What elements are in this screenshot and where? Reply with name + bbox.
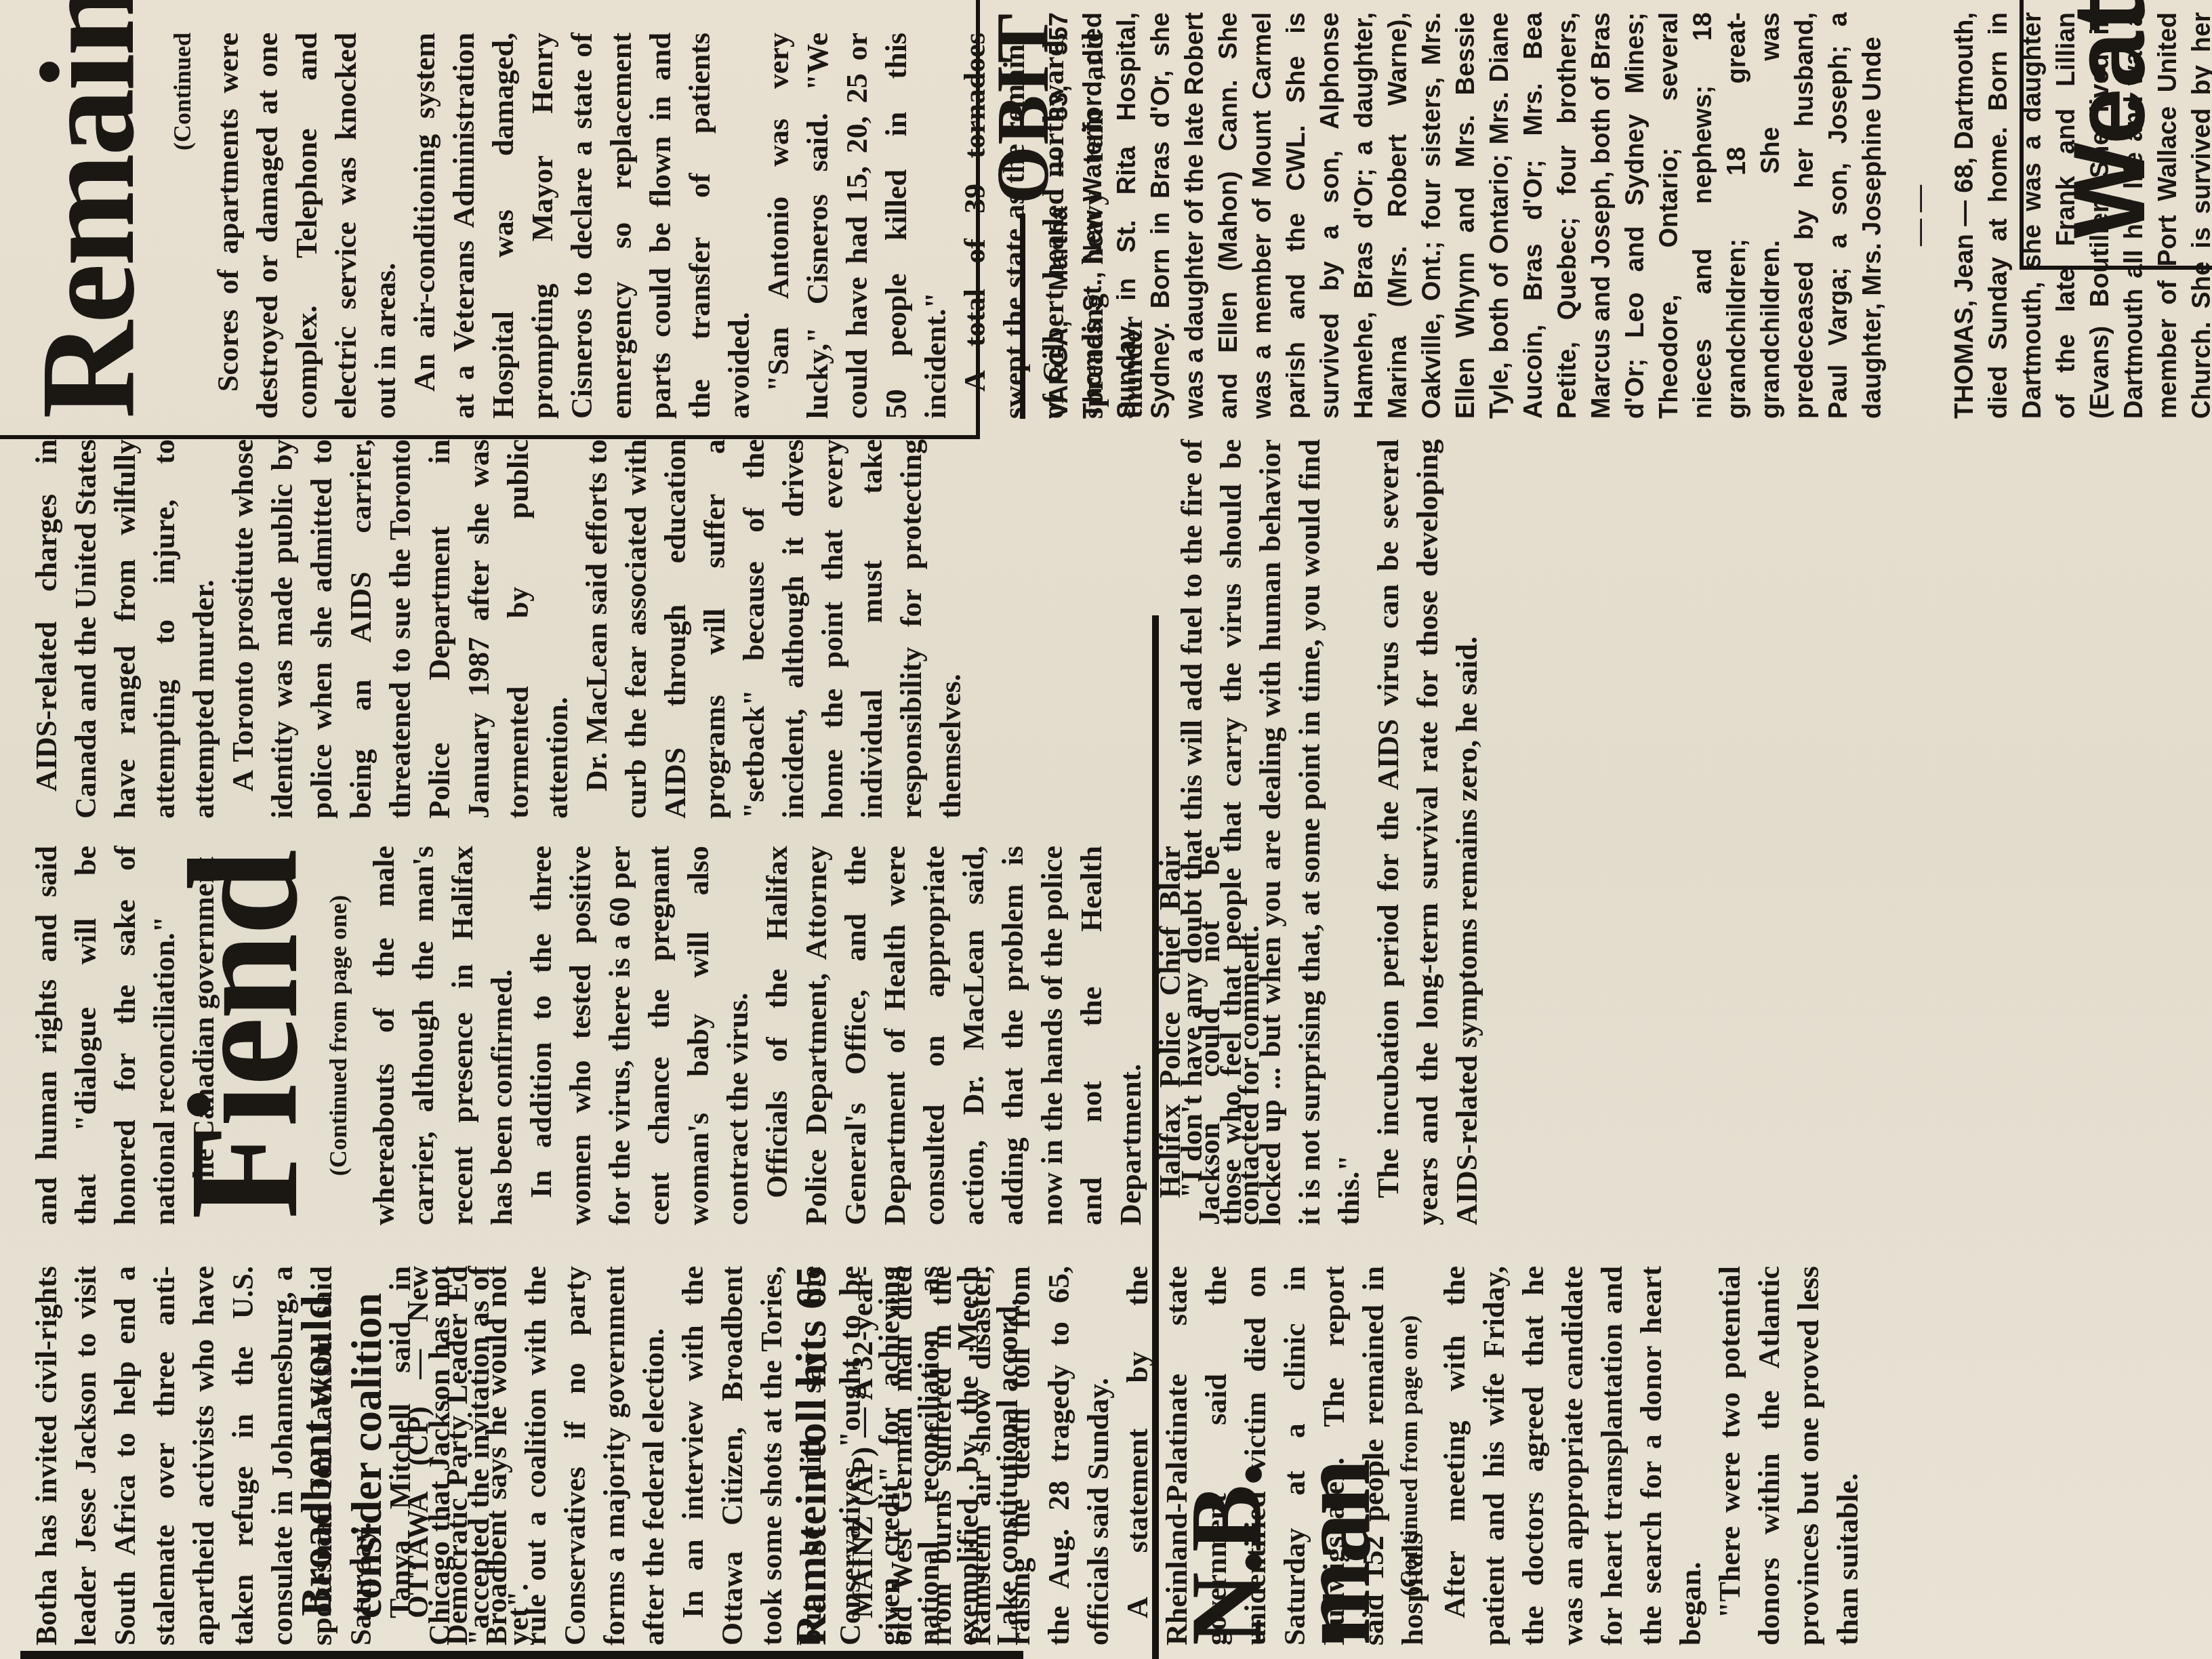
fiend-paragraph: "I don't have any doubt that this will a…: [1172, 439, 1369, 1225]
obituary-separator: — —: [1899, 12, 1938, 419]
weather-title: Weather: [2024, 0, 2168, 266]
fiend-headline: Fiend: [169, 846, 319, 1225]
obituary-name: THOMAS, Jean: [1950, 234, 1979, 419]
fiend-paragraph: AIDS-related charges in Canada and the U…: [27, 439, 224, 819]
remains-continued: (Continued: [163, 33, 202, 419]
fiend-article-col2: AIDS-related charges in Canada and the U…: [27, 439, 970, 819]
broadbent-paragraph: OTTAWA (CP) — New Democratic Party Leade…: [398, 1266, 674, 1645]
remains-headline: Remains: [14, 33, 163, 419]
fiend-article: Fiend (Continued from page one) whereabo…: [169, 846, 1269, 1225]
fiend-paragraph: Dr. MacLean said efforts to curb the fea…: [577, 439, 970, 819]
fiend-article-col3: "I don't have any doubt that this will a…: [1172, 439, 1487, 1225]
remains-paragraph: An air-conditioning system at a Veterans…: [405, 33, 759, 419]
fiend-paragraph: whereabouts of the male carrier, althoug…: [365, 846, 522, 1225]
fiend-continued: (Continued from page one): [319, 846, 358, 1225]
obit-rule: [1020, 213, 1025, 419]
ramstein-headline: Ramstein toll hits 65: [786, 1266, 836, 1645]
box-rule-top: [20, 1651, 1023, 1659]
weather-box: Weather: [2020, 0, 2212, 270]
fiend-paragraph: The incubation period for the AIDS virus…: [1369, 439, 1487, 1225]
nbman-paragraph: "There were two potential donors within …: [1711, 1266, 1868, 1645]
obituary-text: — 83, 557 Thomas St., New Waterford, die…: [1045, 12, 1887, 419]
nbman-headline: N.B. man: [1172, 1266, 1389, 1645]
fiend-paragraph: Officials of the Halifax Police Departme…: [758, 846, 1151, 1225]
remains-paragraph: "San Antonio was very lucky," Cisneros s…: [759, 33, 956, 419]
nbman-paragraph: After meeting with the patient and his w…: [1435, 1266, 1711, 1645]
obituary-entry: VARGA, Martha — 83, 557 Thomas St., New …: [1042, 12, 1889, 419]
fiend-paragraph: In addition to the three women who teste…: [522, 846, 758, 1225]
nbman-article: N.B. man (Continued from page one) After…: [1172, 1266, 1868, 1645]
obituaries-title: OBIT: [1003, 12, 1042, 204]
newspaper-page: Botha has invited civil-rights leader Je…: [0, 0, 2212, 1659]
fiend-paragraph: A Toronto prostitute whose identity was …: [224, 439, 577, 819]
remains-paragraph: Scores of apartments were destroyed or d…: [209, 33, 405, 419]
broadbent-headline: Broadbent would consider coalition: [291, 1266, 392, 1645]
ramstein-paragraph: MAINZ (AP) — A 32-year-old West German m…: [843, 1266, 1118, 1645]
obituary-name: VARGA, Martha: [1045, 206, 1073, 419]
nbman-continued: (Continued from page one): [1389, 1266, 1429, 1645]
